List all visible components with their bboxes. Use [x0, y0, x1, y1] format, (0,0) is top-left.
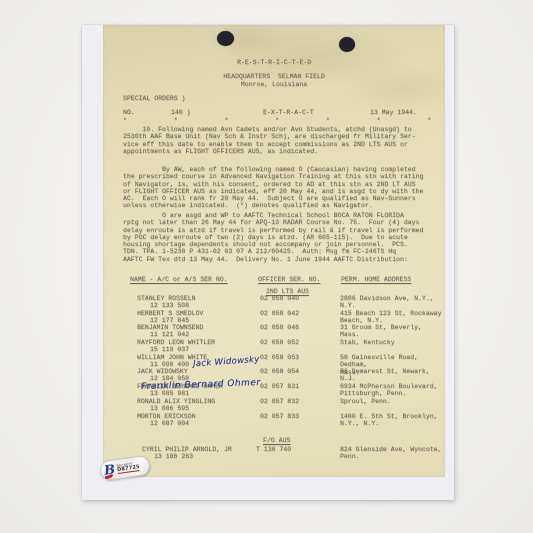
order-number: 140 ) [171, 109, 191, 116]
officer-serial: 02 058 054 [260, 368, 299, 375]
officer-serial: 02 058 042 [260, 310, 299, 317]
table-row: BENJAMIN TOWNSEND 11 121 042 02 058 046 … [103, 324, 445, 340]
column-header-officer: OFFICER SER. NO. [258, 276, 320, 283]
cadet-serial: 12 133 508 [150, 302, 189, 309]
paragraph-discharge: 10. Following named Avn Cadets and/or Av… [123, 126, 441, 155]
table-row: RONALD ALIX YINGLING 13 086 595 02 057 8… [103, 398, 445, 414]
officer-serial: 02 057 831 [260, 383, 299, 390]
classification-banner: R-E-S-T-R-I-C-T-E-D [103, 59, 445, 66]
group-label-flight-officers: F/O AUS [263, 437, 290, 444]
scene: R-E-S-T-R-I-C-T-E-D HEADQUARTERS SELMAN … [0, 0, 533, 533]
paragraph-assignment: O are asgd and WP to AAFTC Technical Sch… [123, 212, 441, 263]
punch-hole-left [217, 31, 234, 46]
column-header-address: PERM. HOME ADDRESS [341, 276, 411, 283]
special-orders-label: SPECIAL ORDERS ) [123, 95, 185, 102]
officer-serial: T 136 740 [256, 446, 291, 453]
officer-serial: 02 058 052 [260, 339, 299, 346]
beckett-b-logo-icon: B [103, 463, 116, 477]
column-header-name: NAME - A/C or A/S SER NO. [130, 276, 228, 283]
officer-serial: 02 058 046 [260, 324, 299, 331]
asterisk-separator: * * * * * * * [123, 117, 435, 124]
cadet-serial: 11 121 042 [150, 331, 189, 338]
home-address: 2806 Davidson Ave, N.Y., N.Y. [340, 295, 434, 310]
order-number-label: NO. [123, 109, 135, 116]
table-row: MORTON ERICKSON 12 087 004 02 057 833 14… [103, 413, 445, 429]
home-address: 56 Demarest St, Newark, N.J. [340, 368, 445, 383]
table-row: CYRIL PHILIP ARNOLD, JR 13 186 263 T 136… [103, 446, 445, 462]
cadet-serial: 12 087 004 [150, 420, 189, 427]
punch-hole-right [339, 37, 355, 52]
table-row: STANLEY ROSSELN 12 133 508 02 058 040 28… [103, 295, 445, 311]
order-date: 13 May 1944. [370, 109, 417, 116]
cadet-serial: 13 186 263 [154, 453, 193, 460]
home-address: 31 Groom St, Beverly, Mass. [340, 324, 445, 339]
officer-serial: 02 057 833 [260, 413, 299, 420]
home-address: 824 Glenside Ave, Wyncote, Penn. [340, 446, 441, 461]
home-address: 415 Beach 123 St, Rockaway Beach, N.Y. [340, 310, 441, 325]
location-line: Monroe, Louisiana [103, 81, 445, 88]
officer-serial: 02 058 040 [260, 295, 299, 302]
home-address: 1400 E. 5th St, Brooklyn, N.Y., N.Y. [340, 413, 438, 428]
extract-label: E-X-T-R-A-C-T [263, 109, 314, 116]
document-page: R-E-S-T-R-I-C-T-E-D HEADQUARTERS SELMAN … [103, 25, 445, 477]
officer-serial: 02 057 832 [260, 398, 299, 405]
headquarters-line: HEADQUARTERS SELMAN FIELD [103, 73, 445, 80]
sticker-text-block: BECKETT D87725 [116, 461, 140, 474]
home-address: Stab, Kentucky [340, 339, 395, 346]
paragraph-commission: By AW, each of the following named O (Ca… [123, 166, 441, 210]
table-row: RAYFORD LEON WHITLER 15 119 037 02 058 0… [103, 339, 445, 355]
home-address: 6934 McPherson Boulevard, Pittsburgh, Pe… [340, 383, 438, 398]
cadet-serial: 15 119 037 [150, 346, 189, 353]
home-address: Sproul, Penn. [340, 398, 391, 405]
officer-serial: 02 058 053 [260, 354, 299, 361]
cadet-serial: 13 086 595 [150, 405, 189, 412]
photo-backing: R-E-S-T-R-I-C-T-E-D HEADQUARTERS SELMAN … [82, 25, 454, 500]
